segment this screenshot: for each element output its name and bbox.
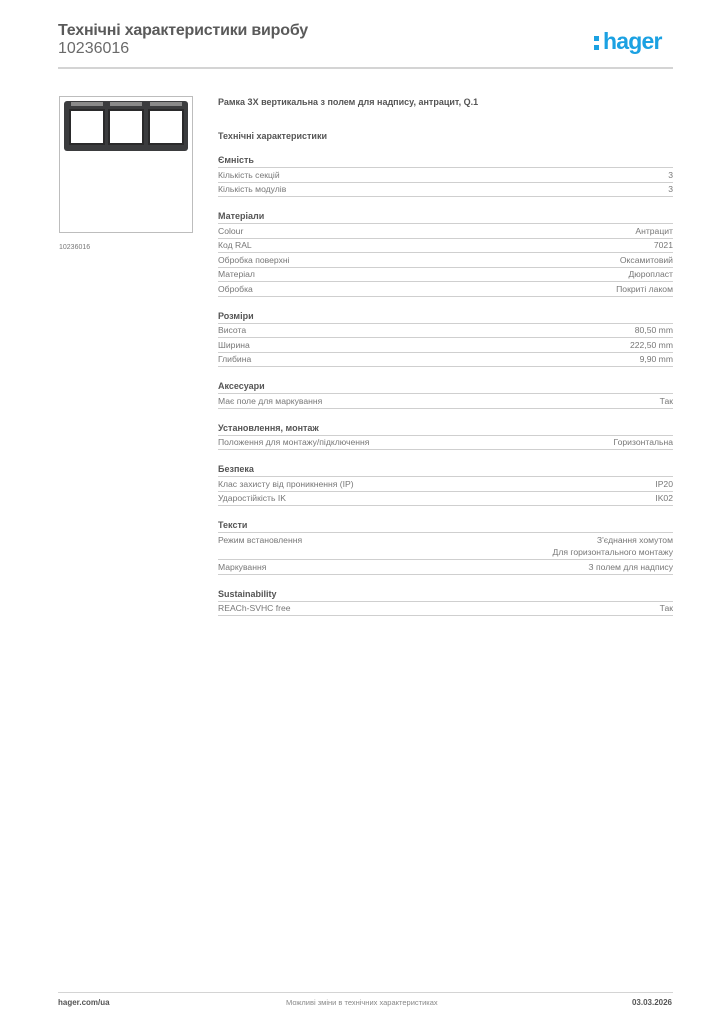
spec-value-line: 3 (668, 183, 673, 196)
spec-row: Клас захисту від проникнення (IP)IP20 (218, 477, 673, 492)
spec-row: Висота80,50 mm (218, 324, 673, 339)
footer-divider (58, 992, 673, 993)
section-title: Технічні характеристики (218, 130, 673, 142)
spec-row: ColourАнтрацит (218, 224, 673, 239)
spec-group: ТекстиРежим встановленняЗ'єднання хомуто… (218, 519, 673, 575)
spec-value-line: Антрацит (635, 225, 673, 238)
spec-value: 7021 (654, 239, 673, 252)
image-caption: 10236016 (59, 244, 90, 251)
spec-row: МаркуванняЗ полем для надпису (218, 560, 673, 575)
spec-label: Кількість секцій (218, 169, 280, 182)
spec-value: 3 (668, 183, 673, 196)
footer-date: 03.03.2026 (632, 998, 672, 1007)
spec-label: REACh-SVHC free (218, 602, 291, 615)
spec-value-line: 80,50 mm (635, 324, 673, 337)
spec-row: ОбробкаПокриті лаком (218, 282, 673, 297)
spec-label: Маркування (218, 561, 266, 574)
spec-row: Кількість секцій3 (218, 168, 673, 183)
frame-opening (108, 109, 144, 145)
logo-text: hager (603, 28, 662, 54)
spec-row: Ударостійкість IKIK02 (218, 492, 673, 507)
spec-value: Оксамитовий (620, 254, 673, 267)
spec-label: Colour (218, 225, 243, 238)
label-field (110, 102, 142, 106)
group-title: Установлення, монтаж (218, 422, 673, 436)
spec-content: Рамка 3X вертикальна з полем для надпису… (218, 96, 673, 616)
group-title: Аксесуари (218, 380, 673, 394)
spec-value: 222,50 mm (630, 339, 673, 352)
spec-label: Режим встановлення (218, 534, 302, 547)
hager-logo: hager (594, 29, 662, 53)
group-title: Безпека (218, 463, 673, 477)
spec-label: Висота (218, 324, 246, 337)
spec-row: Режим встановленняЗ'єднання хомутомДля г… (218, 533, 673, 560)
spec-group: РозміриВисота80,50 mmШирина222,50 mmГлиб… (218, 310, 673, 368)
spec-value-line: 222,50 mm (630, 339, 673, 352)
spec-value: Так (660, 395, 673, 408)
spec-value-line: Покриті лаком (616, 283, 673, 296)
frame-opening (148, 109, 184, 145)
group-title: Sustainability (218, 588, 673, 602)
spec-value: 9,90 mm (640, 353, 673, 366)
spec-value: IP20 (655, 478, 673, 491)
spec-group: БезпекаКлас захисту від проникнення (IP)… (218, 463, 673, 506)
spec-value: Так (660, 602, 673, 615)
spec-value: Дюропласт (628, 268, 673, 281)
spec-value: Антрацит (635, 225, 673, 238)
spec-value-line: З'єднання хомутом (553, 534, 674, 547)
spec-row: Має поле для маркуванняТак (218, 394, 673, 409)
spec-label: Клас захисту від проникнення (IP) (218, 478, 354, 491)
triple-frame-icon (64, 101, 188, 151)
spec-value-line: Горизонтальна (614, 436, 673, 449)
spec-value-line: З полем для надпису (588, 561, 673, 574)
spec-value-line: 9,90 mm (640, 353, 673, 366)
spec-group: МатеріалиColourАнтрацитКод RAL7021Обробк… (218, 210, 673, 297)
product-name: Рамка 3X вертикальна з полем для надпису… (218, 96, 673, 108)
spec-value-line: Оксамитовий (620, 254, 673, 267)
spec-groups: ЄмністьКількість секцій3Кількість модулі… (218, 154, 673, 616)
footer-disclaimer: Можливі зміни в технічних характеристика… (286, 998, 438, 1007)
spec-row: Глибина9,90 mm (218, 353, 673, 368)
spec-row: МатеріалДюропласт (218, 268, 673, 283)
label-field (71, 102, 103, 106)
spec-label: Ударостійкість IK (218, 492, 286, 505)
spec-label: Глибина (218, 353, 251, 366)
spec-group: ЄмністьКількість секцій3Кількість модулі… (218, 154, 673, 197)
group-title: Ємність (218, 154, 673, 168)
spec-label: Має поле для маркування (218, 395, 322, 408)
spec-row: Ширина222,50 mm (218, 338, 673, 353)
spec-group: SustainabilityREACh-SVHC freeТак (218, 588, 673, 617)
frame-opening (69, 109, 105, 145)
spec-group: Установлення, монтажПоложення для монтаж… (218, 422, 673, 451)
spec-row: Обробка поверхніОксамитовий (218, 253, 673, 268)
header-divider (58, 67, 673, 69)
group-title: Матеріали (218, 210, 673, 224)
spec-value-line: IP20 (655, 478, 673, 491)
group-title: Тексти (218, 519, 673, 533)
spec-label: Обробка поверхні (218, 254, 290, 267)
spec-value: Горизонтальна (614, 436, 673, 449)
spec-label: Код RAL (218, 239, 252, 252)
spec-label: Обробка (218, 283, 253, 296)
spec-label: Положення для монтажу/підключення (218, 436, 369, 449)
spec-value-line: Дюропласт (628, 268, 673, 281)
spec-value: 80,50 mm (635, 324, 673, 337)
spec-value-line: 3 (668, 169, 673, 182)
spec-value: З'єднання хомутомДля горизонтального мон… (553, 534, 674, 559)
label-field (150, 102, 182, 106)
spec-value-line: Так (660, 602, 673, 615)
spec-value-line: 7021 (654, 239, 673, 252)
spec-value-line: Для горизонтального монтажу (553, 546, 674, 559)
spec-label: Ширина (218, 339, 250, 352)
logo-colon-icon (594, 33, 601, 51)
spec-row: REACh-SVHC freeТак (218, 602, 673, 617)
spec-value: Покриті лаком (616, 283, 673, 296)
spec-value-line: Так (660, 395, 673, 408)
footer-website-link[interactable]: hager.com/ua (58, 998, 110, 1007)
spec-group: АксесуариМає поле для маркуванняТак (218, 380, 673, 409)
page-title: Технічні характеристики виробу (58, 22, 308, 40)
spec-label: Матеріал (218, 268, 255, 281)
group-title: Розміри (218, 310, 673, 324)
spec-value: IK02 (655, 492, 673, 505)
spec-value: 3 (668, 169, 673, 182)
spec-label: Кількість модулів (218, 183, 286, 196)
spec-value: З полем для надпису (588, 561, 673, 574)
spec-row: Кількість модулів3 (218, 183, 673, 198)
spec-row: Код RAL7021 (218, 239, 673, 254)
spec-row: Положення для монтажу/підключенняГоризон… (218, 436, 673, 451)
product-image (59, 96, 193, 233)
spec-value-line: IK02 (655, 492, 673, 505)
product-code: 10236016 (58, 40, 129, 58)
